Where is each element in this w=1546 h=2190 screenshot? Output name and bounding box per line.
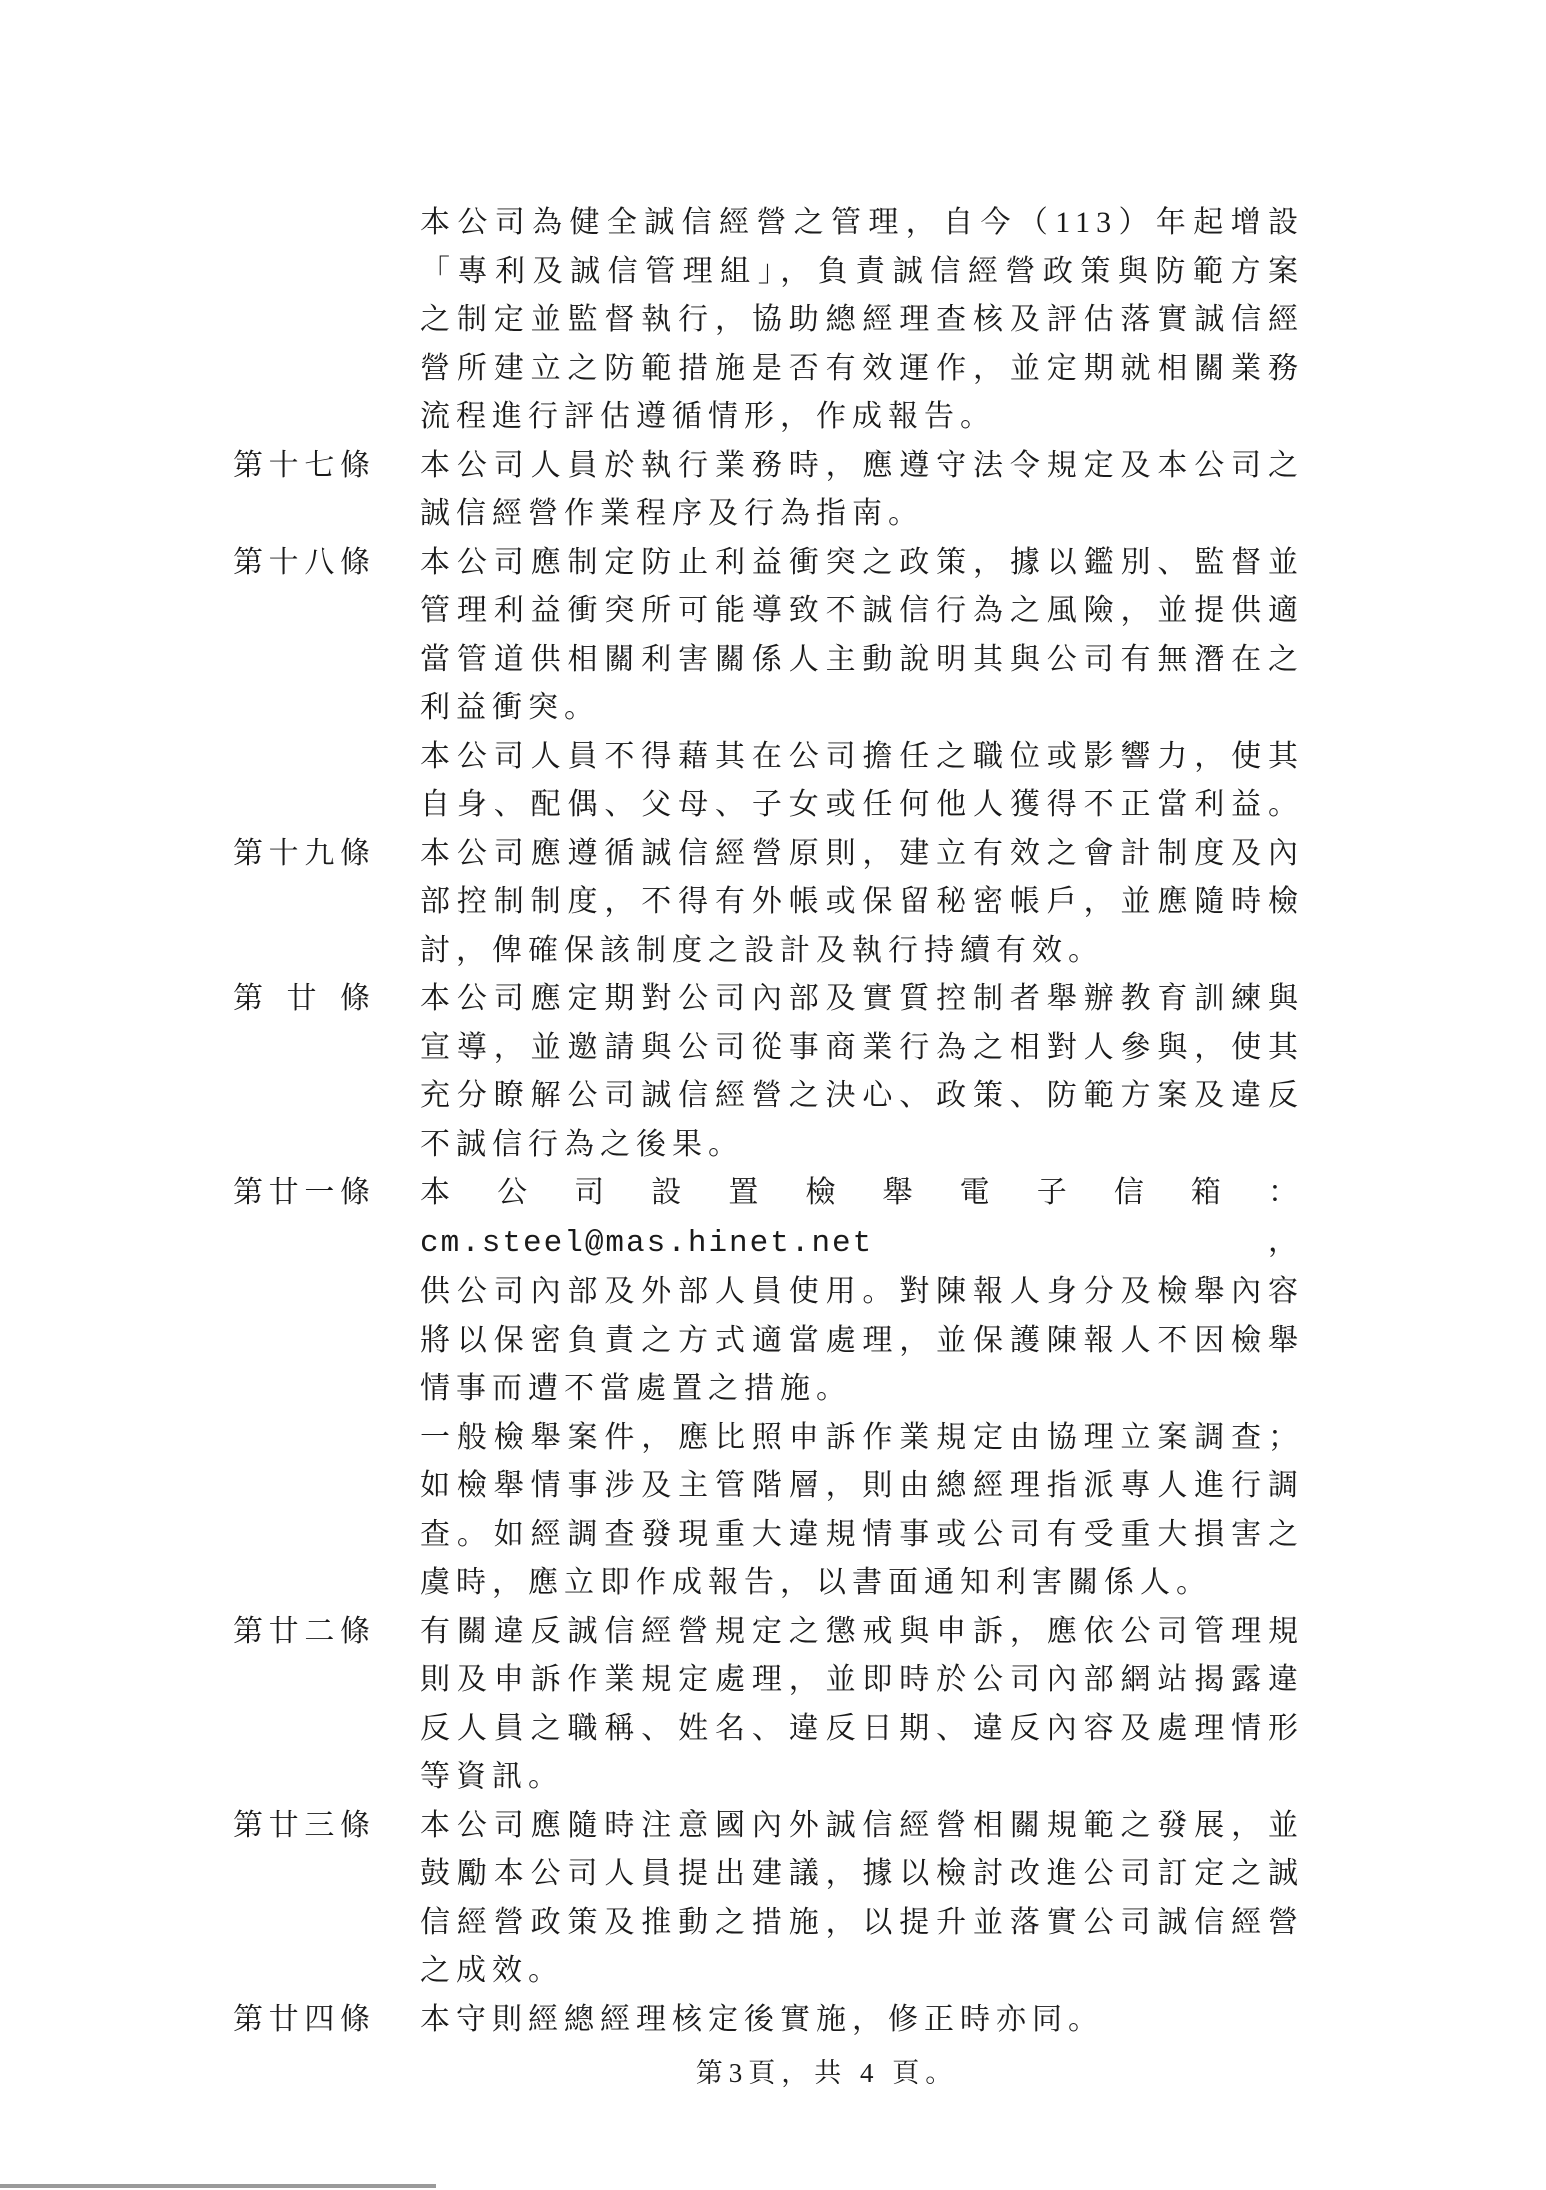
article-text-line: 本公司應隨時注意國內外誠信經營相關規範之發展，並 [420,1802,1304,1851]
article-text-line: 利益衝突。 [420,684,1304,733]
article-text-line: 一般檢舉案件，應比照申訴作業規定由協理立案調查； [420,1414,1304,1463]
article-text: 本公司為健全誠信經營之管理，自今（113）年起增設 「專利及誠信管理組」，負責誠… [420,199,1304,442]
email-line-suffix: ， [873,1225,1304,1258]
article-text-line: 將以保密負責之方式適當處理，並保護陳報人不因檢舉 [420,1317,1304,1366]
article-text-line: 本公司應制定防止利益衝突之政策，據以鑑別、監督並 [420,539,1304,588]
article-text: 有關違反誠信經營規定之懲戒與申訴，應依公司管理規 則及申訴作業規定處理，並即時於… [420,1608,1304,1802]
article-text: 本公司設置檢舉電子信箱：cm.steel@mas.hinet.net， 供公司內… [420,1169,1304,1608]
document-body: 本公司為健全誠信經營之管理，自今（113）年起增設 「專利及誠信管理組」，負責誠… [0,199,1546,2044]
article-text-line: 本公司為健全誠信經營之管理，自今（113）年起增設 [420,199,1304,248]
article-text-line: 之成效。 [420,1947,1304,1996]
article-text: 本守則經總經理核定後實施，修正時亦同。 [420,1996,1304,2045]
scan-artifact-line [0,2184,436,2188]
article-text-line: 信經營政策及推動之措施，以提升並落實公司誠信經營 [420,1899,1304,1948]
article-row: 第十八條 本公司應制定防止利益衝突之政策，據以鑑別、監督並 管理利益衝突所可能導… [0,539,1546,830]
article-row: 第廿條 本公司應定期對公司內部及實質控制者舉辦教育訓練與 宣導，並邀請與公司從事… [0,975,1546,1169]
article-text-line: 有關違反誠信經營規定之懲戒與申訴，應依公司管理規 [420,1608,1304,1657]
article-row: 第廿二條 有關違反誠信經營規定之懲戒與申訴，應依公司管理規 則及申訴作業規定處理… [0,1608,1546,1802]
article-number: 第十九條 [233,830,375,879]
article-text-line: 宣導，並邀請與公司從事商業行為之相對人參與，使其 [420,1024,1304,1073]
article-text-line: 情事而遭不當處置之措施。 [420,1365,1304,1414]
article-text: 本公司應定期對公司內部及實質控制者舉辦教育訓練與 宣導，並邀請與公司從事商業行為… [420,975,1304,1169]
article-text-line: 之制定並監督執行，協助總經理查核及評估落實誠信經 [420,296,1304,345]
article-number: 第廿二條 [233,1608,375,1657]
article-text-line: 鼓勵本公司人員提出建議，據以檢討改進公司訂定之誠 [420,1850,1304,1899]
article-text-line: 供公司內部及外部人員使用。對陳報人身分及檢舉內容 [420,1268,1304,1317]
article-number: 第廿四條 [233,1996,375,2045]
article-text-line: 誠信經營作業程序及行為指南。 [420,490,1304,539]
whistleblower-email: cm.steel@mas.hinet.net [420,1226,873,1261]
article-text-line: 營所建立之防範措施是否有效運作，並定期就相關業務 [420,345,1304,394]
article-row: 第廿四條 本守則經總經理核定後實施，修正時亦同。 [0,1996,1546,2045]
article-text-line: 則及申訴作業規定處理，並即時於公司內部網站揭露違 [420,1656,1304,1705]
article-text-line: 討，俾確保該制度之設計及執行持續有效。 [420,927,1304,976]
article-text-line: 本公司應定期對公司內部及實質控制者舉辦教育訓練與 [420,975,1304,1024]
article-text-line: 流程進行評估遵循情形，作成報告。 [420,393,1304,442]
page-number: 第3頁，共 4 頁。 [385,2049,1269,2097]
article-number: 第廿三條 [233,1802,375,1851]
article-text-line: 本公司設置檢舉電子信箱：cm.steel@mas.hinet.net， [420,1169,1304,1268]
article-text-line: 反人員之職稱、姓名、違反日期、違反內容及處理情形 [420,1705,1304,1754]
email-line-prefix: 本公司設置檢舉電子信箱： [420,1176,1304,1209]
article-text-line: 部控制制度，不得有外帳或保留秘密帳戶，並應隨時檢 [420,878,1304,927]
article-text-line: 自身、配偶、父母、子女或任何他人獲得不正當利益。 [420,781,1304,830]
article-text-line: 管理利益衝突所可能導致不誠信行為之風險，並提供適 [420,587,1304,636]
article-number: 第廿一條 [233,1169,375,1218]
article-text: 本公司應隨時注意國內外誠信經營相關規範之發展，並 鼓勵本公司人員提出建議，據以檢… [420,1802,1304,1996]
article-text-line: 查。如經調查發現重大違規情事或公司有受重大損害之 [420,1511,1304,1560]
article-text-line: 如檢舉情事涉及主管階層，則由總經理指派專人進行調 [420,1462,1304,1511]
article-text-line: 本公司應遵循誠信經營原則，建立有效之會計制度及內 [420,830,1304,879]
article-text-line: 當管道供相關利害關係人主動說明其與公司有無潛在之 [420,636,1304,685]
article-row: 第廿一條 本公司設置檢舉電子信箱：cm.steel@mas.hinet.net，… [0,1169,1546,1608]
article-text-line: 不誠信行為之後果。 [420,1121,1304,1170]
article-row: 第廿三條 本公司應隨時注意國內外誠信經營相關規範之發展，並 鼓勵本公司人員提出建… [0,1802,1546,1996]
article-text: 本公司人員於執行業務時，應遵守法令規定及本公司之 誠信經營作業程序及行為指南。 [420,442,1304,539]
article-text: 本公司應制定防止利益衝突之政策，據以鑑別、監督並 管理利益衝突所可能導致不誠信行… [420,539,1304,830]
article-text: 本公司應遵循誠信經營原則，建立有效之會計制度及內 部控制制度，不得有外帳或保留秘… [420,830,1304,976]
article-number: 第十七條 [233,442,375,491]
article-row: 第十七條 本公司人員於執行業務時，應遵守法令規定及本公司之 誠信經營作業程序及行… [0,442,1546,539]
article-text-line: 本守則經總經理核定後實施，修正時亦同。 [420,1996,1304,2045]
article-text-line: 虞時，應立即作成報告，以書面通知利害關係人。 [420,1559,1304,1608]
article-number: 第十八條 [233,539,375,588]
article-row: 第十九條 本公司應遵循誠信經營原則，建立有效之會計制度及內 部控制制度，不得有外… [0,830,1546,976]
article-text-line: 等資訊。 [420,1753,1304,1802]
document-page: 本公司為健全誠信經營之管理，自今（113）年起增設 「專利及誠信管理組」，負責誠… [0,0,1546,2190]
article-text-line: 充分瞭解公司誠信經營之決心、政策、防範方案及違反 [420,1072,1304,1121]
article-row: 本公司為健全誠信經營之管理，自今（113）年起增設 「專利及誠信管理組」，負責誠… [0,199,1546,442]
article-text-line: 本公司人員於執行業務時，應遵守法令規定及本公司之 [420,442,1304,491]
article-text-line: 「專利及誠信管理組」，負責誠信經營政策與防範方案 [420,248,1304,297]
article-text-line: 本公司人員不得藉其在公司擔任之職位或影響力，使其 [420,733,1304,782]
article-number: 第廿條 [233,975,375,1024]
